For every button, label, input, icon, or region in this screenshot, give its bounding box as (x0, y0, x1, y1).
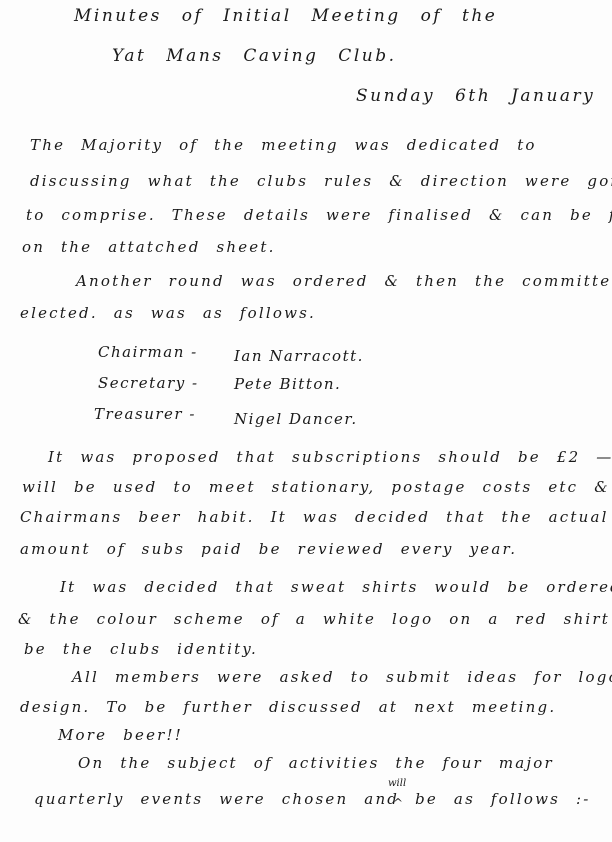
committee-name-secretary: Pete Bitton. (234, 375, 341, 393)
committee-name-chairman: Ian Narracott. (234, 347, 364, 365)
text-line: design. To be further discussed at next … (20, 698, 556, 716)
text-line: quarterly events were chosen and be as f… (34, 790, 591, 808)
text-line: be the clubs identity. (24, 640, 258, 658)
text-line: to comprise. These details were finalise… (26, 206, 612, 224)
meeting-date: Sunday 6th January 1980 (356, 86, 612, 106)
text-line: On the subject of activities the four ma… (78, 754, 554, 772)
committee-name-treasurer: Nigel Dancer. (234, 410, 358, 428)
text-line: The Majority of the meeting was dedicate… (30, 136, 537, 154)
text-line: will be used to meet stationary, postage… (22, 478, 612, 496)
committee-role-secretary: Secretary - (98, 374, 199, 392)
text-line: amount of subs paid be reviewed every ye… (20, 540, 517, 558)
text-line: More beer!! (58, 726, 183, 744)
text-line: Chairmans beer habit. It was decided tha… (20, 508, 609, 526)
text-line: It was proposed that subscriptions shoul… (48, 448, 612, 466)
text-line: on the attatched sheet. (22, 238, 276, 256)
insertion-caret: ^ (393, 796, 403, 810)
text-line: All members were asked to submit ideas f… (72, 668, 612, 686)
minutes-title-line-2: Yat Mans Caving Club. (112, 46, 397, 66)
inserted-word: will (388, 778, 406, 789)
text-line: elected. as was as follows. (20, 304, 316, 322)
text-line: & the colour scheme of a white logo on a… (18, 610, 610, 628)
text-line: discussing what the clubs rules & direct… (30, 172, 612, 190)
committee-role-chairman: Chairman - (98, 343, 198, 361)
committee-role-treasurer: Treasurer - (94, 405, 196, 423)
text-line: It was decided that sweat shirts would b… (60, 578, 612, 596)
text-line: Another round was ordered & then the com… (76, 272, 612, 290)
handwritten-page: Minutes of Initial Meeting of the Yat Ma… (0, 0, 612, 842)
minutes-title-line-1: Minutes of Initial Meeting of the (74, 6, 497, 26)
